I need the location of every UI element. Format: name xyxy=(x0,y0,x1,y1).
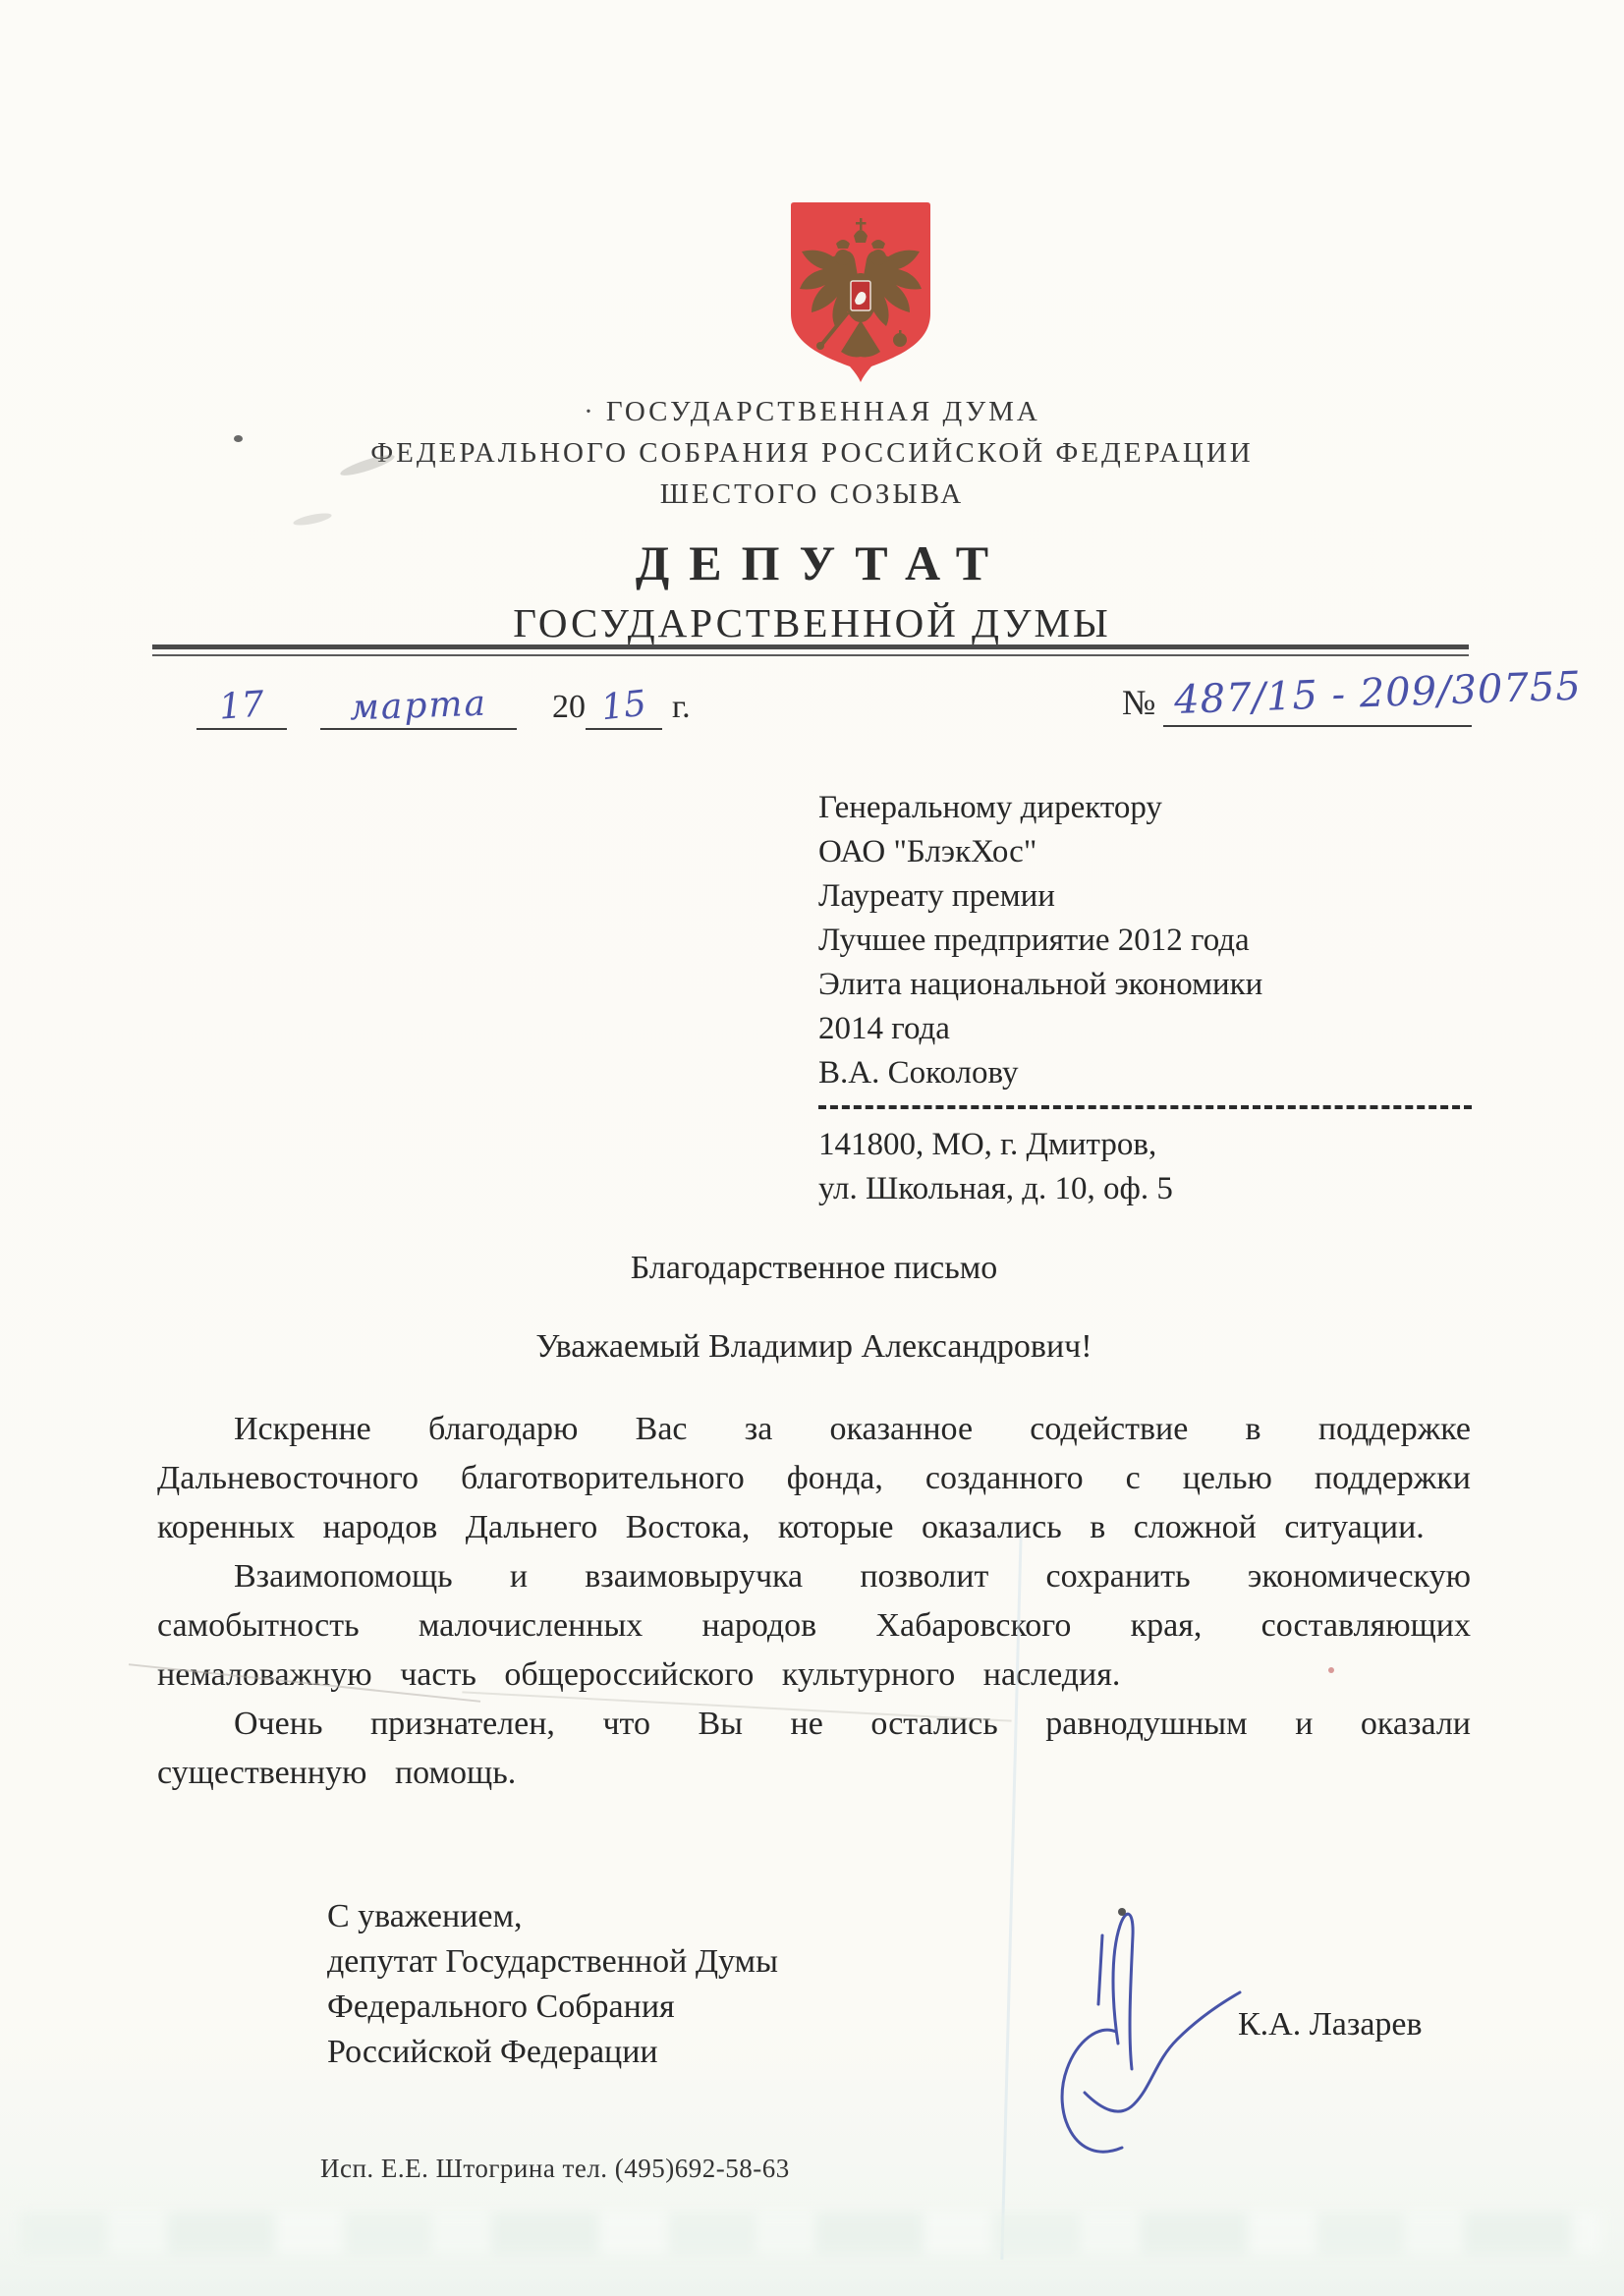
org-line-1: ·ГОСУДАРСТВЕННАЯ ДУМА xyxy=(0,391,1624,432)
signer-name: К.А. Лазарев xyxy=(1238,2006,1423,2044)
closing-line: Федерального Собрания xyxy=(327,1985,778,2030)
org-name: ГОСУДАРСТВЕННАЯ ДУМА xyxy=(606,396,1040,427)
addressee-line: Лауреату премии xyxy=(818,874,1486,919)
letter-title: Благодарственное письмо xyxy=(157,1250,1471,1287)
emblem-svg xyxy=(781,196,940,387)
signature-scribble xyxy=(1032,1884,1267,2164)
scan-edge-band xyxy=(20,2212,1601,2254)
date-month-field: марта xyxy=(320,686,517,730)
deputy-subtitle: ГОСУДАРСТВЕННОЙ ДУМЫ xyxy=(0,597,1624,648)
year-prefix: 20 xyxy=(552,689,586,730)
handwritten-number: 487/15 - 209/30755 xyxy=(1174,664,1583,723)
body-paragraph: Искренне благодарю Вас за оказанное соде… xyxy=(157,1405,1471,1552)
divider-thin-line xyxy=(152,654,1469,656)
addressee-line: 2014 года xyxy=(818,1007,1486,1051)
signature-svg xyxy=(1032,1884,1267,2164)
russian-coat-of-arms-icon xyxy=(781,196,940,387)
year-suffix: г. xyxy=(672,689,691,730)
date-day-field: 17 xyxy=(196,686,287,730)
salutation: Уважаемый Владимир Александрович! xyxy=(157,1328,1471,1366)
number-label: № xyxy=(1122,682,1155,727)
executor-note: Исп. Е.Е. Штогрина тел. (495)692-58-63 xyxy=(320,2154,790,2184)
address-line: ул. Школьная, д. 10, оф. 5 xyxy=(818,1167,1486,1211)
addressee-line: В.А. Соколову xyxy=(818,1051,1486,1095)
deputy-title: ДЕПУТАТ xyxy=(0,532,1624,593)
letterhead-divider xyxy=(152,644,1469,656)
body-paragraph: Очень признателен, что Вы не остались ра… xyxy=(157,1700,1471,1798)
reference-number-line: № 487/15 - 209/30755 xyxy=(1122,678,1472,727)
handwritten-day: 17 xyxy=(218,684,266,727)
address-line: 141800, МО, г. Дмитров, xyxy=(818,1123,1486,1167)
ink-dot xyxy=(1118,1908,1126,1916)
handwritten-year: 15 xyxy=(599,684,648,729)
number-field: 487/15 - 209/30755 xyxy=(1163,678,1472,727)
date-line: 17 марта 20 15 г. xyxy=(196,686,691,730)
divider-thick-line xyxy=(152,644,1469,649)
closing-line: депутат Государственной Думы xyxy=(327,1939,778,1985)
scan-dot-mark: · xyxy=(584,396,596,427)
addressee-line: Генеральному директору xyxy=(818,786,1486,830)
letterhead: ·ГОСУДАРСТВЕННАЯ ДУМА ФЕДЕРАЛЬНОГО СОБРА… xyxy=(0,391,1624,648)
addressee-line: ОАО "БлэкХос" xyxy=(818,830,1486,874)
addressee-line: Лучшее предприятие 2012 года xyxy=(818,919,1486,963)
org-line-2: ФЕДЕРАЛЬНОГО СОБРАНИЯ РОССИЙСКОЙ ФЕДЕРАЦ… xyxy=(0,432,1624,474)
scanned-letter-page: ·ГОСУДАРСТВЕННАЯ ДУМА ФЕДЕРАЛЬНОГО СОБРА… xyxy=(0,0,1624,2296)
date-year-field: 15 xyxy=(586,686,662,730)
dashed-separator xyxy=(818,1105,1472,1109)
letter-body: Искренне благодарю Вас за оказанное соде… xyxy=(157,1405,1471,1798)
addressee-block: Генеральному директору ОАО "БлэкХос" Лау… xyxy=(818,786,1486,1211)
org-line-3: ШЕСТОГО СОЗЫВА xyxy=(0,474,1624,515)
addressee-line: Элита национальной экономики xyxy=(818,963,1486,1007)
closing-line: С уважением, xyxy=(327,1894,778,1939)
closing-line: Российской Федерации xyxy=(327,2030,778,2075)
closing-block: С уважением, депутат Государственной Дум… xyxy=(327,1894,778,2075)
handwritten-month: марта xyxy=(349,684,487,729)
body-paragraph: Взаимопомощь и взаимовыручка позволит со… xyxy=(157,1552,1471,1700)
addressee-address: 141800, МО, г. Дмитров, ул. Школьная, д.… xyxy=(818,1123,1486,1211)
